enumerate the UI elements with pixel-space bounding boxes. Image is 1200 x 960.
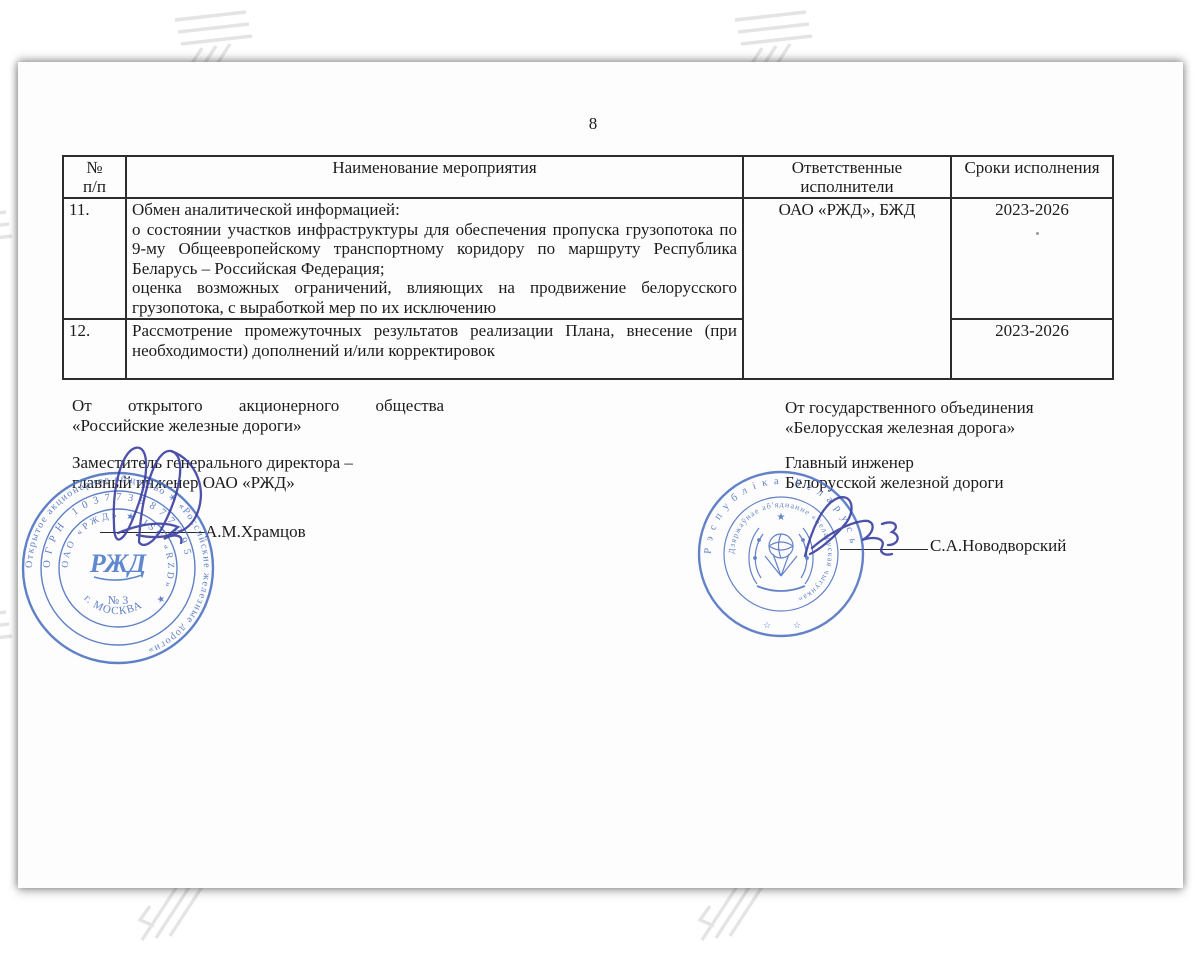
- table-row: 11. Обмен аналитической информацией: о с…: [63, 198, 1113, 319]
- stamp-number: № 3: [108, 593, 128, 607]
- plan-table: № п/п Наименование мероприятия Ответстве…: [62, 155, 1114, 380]
- title-left-line1: Заместитель генерального директора –: [72, 453, 472, 473]
- signee-right: С.А.Новодворский: [930, 536, 1066, 556]
- svg-text:ОАО «РЖД» ★ JSC «RZD» ★: ОАО «РЖД» ★ JSC «RZD» ★: [61, 510, 175, 608]
- stamp-inner-ring-text: ОАО «РЖД» ★ JSC «RZD» ★: [61, 510, 175, 608]
- title-left: Заместитель генерального директора – гла…: [72, 453, 472, 493]
- header-responsible: Ответственные исполнители: [743, 156, 951, 198]
- row11-num: 11.: [63, 198, 126, 319]
- stamp-ogrn-text: ОГРН 1037739877295: [42, 492, 194, 569]
- table-row: 12. Рассмотрение промежуточных результат…: [63, 319, 1113, 379]
- rzd-logo-swoosh-icon: [94, 575, 142, 580]
- scan-artifact: [1036, 232, 1039, 235]
- header-terms: Сроки исполнения: [951, 156, 1113, 198]
- header-num-line2: п/п: [83, 177, 106, 196]
- title-right: Главный инженер Белорусской железной дор…: [785, 453, 1105, 493]
- row12-num: 12.: [63, 319, 126, 379]
- stamp-outer-text: Открытое акционерное общество ∗ «Российс…: [24, 474, 212, 657]
- header-name: Наименование мероприятия: [126, 156, 743, 198]
- belarus-emblem-icon: [749, 528, 813, 591]
- signature-line-left: [100, 532, 206, 533]
- stamp-city: г. МОСКВА: [81, 592, 144, 617]
- org-right-line1: От государственного объединения: [785, 398, 1095, 418]
- title-right-line1: Главный инженер: [785, 453, 1105, 473]
- row11-term: 2023-2026: [951, 198, 1113, 319]
- svg-text:г. МОСКВА: г. МОСКВА: [81, 592, 144, 617]
- row11-paragraph: Обмен аналитической информацией:: [132, 200, 737, 220]
- signature-line-right: [840, 549, 928, 550]
- svg-text:Дзяржаўнае аб'яднанне «Беларус: Дзяржаўнае аб'яднанне «Беларуская чыгунк…: [727, 500, 835, 605]
- star-icon: ☆: [763, 620, 771, 630]
- row11-paragraph: оценка возможных ограничений, влияющих н…: [132, 278, 737, 317]
- rzd-logo-icon: РЖД: [89, 549, 147, 578]
- svg-text:ОГРН 1037739877295: ОГРН 1037739877295: [42, 492, 194, 569]
- signee-left: А.М.Храмцов: [205, 522, 306, 542]
- star-icon: ☆: [793, 620, 801, 630]
- signature-novodvorsky-icon: [805, 497, 898, 556]
- row11-paragraph: о состоянии участков инфраструктуры для …: [132, 220, 737, 279]
- row12-term: 2023-2026: [951, 319, 1113, 379]
- stamp-inner-text: Дзяржаўнае аб'яднанне «Беларуская чыгунк…: [727, 500, 835, 605]
- row11-responsible: ОАО «РЖД», БЖД: [743, 198, 951, 379]
- org-right: От государственного объединения «Белорус…: [785, 398, 1095, 438]
- header-num: № п/п: [63, 156, 126, 198]
- title-right-line2: Белорусской железной дороги: [785, 473, 1105, 493]
- document-page: 8 № п/п Наименование мероприятия Ответст…: [18, 62, 1183, 888]
- org-right-line2: «Белорусская железная дорога»: [785, 418, 1095, 438]
- page-number: 8: [563, 114, 623, 134]
- svg-text:Открытое акционерное общество: Открытое акционерное общество ∗ «Российс…: [24, 474, 212, 657]
- rzd-stamp-icon: Открытое акционерное общество ∗ «Российс…: [18, 468, 218, 668]
- header-num-line1: №: [86, 158, 102, 177]
- star-icon: ★: [777, 512, 786, 523]
- org-left: От открытого акционерного общества «Росс…: [72, 396, 444, 436]
- row12-name: Рассмотрение промежуточных результатов р…: [126, 319, 743, 379]
- title-left-line2: главный инженер ОАО «РЖД»: [72, 473, 472, 493]
- row11-name: Обмен аналитической информацией: о состо…: [126, 198, 743, 319]
- row12-paragraph: Рассмотрение промежуточных результатов р…: [132, 321, 737, 360]
